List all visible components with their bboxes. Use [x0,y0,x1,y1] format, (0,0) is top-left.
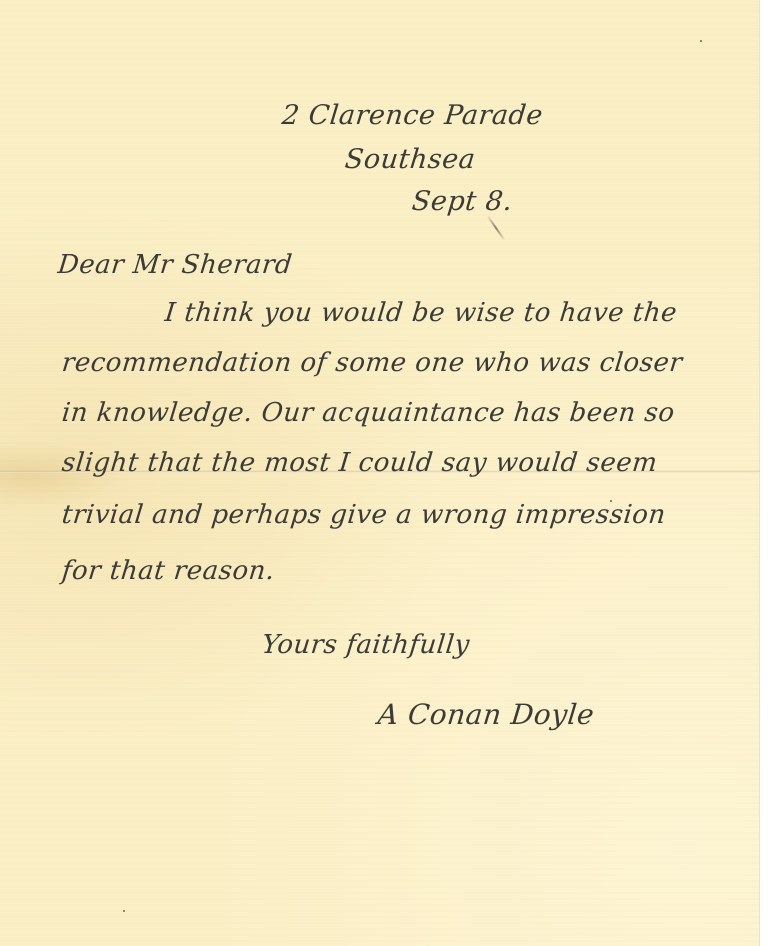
paper-speck [123,910,125,912]
body-line: slight that the most I could say would s… [60,448,659,478]
body-line: trivial and perhaps give a wrong impress… [60,500,667,530]
sender-address-town: Southsea [343,144,477,175]
body-line: I think you would be wise to have the [163,298,678,328]
ink-mark [487,216,505,240]
letter-date: Sept 8. [410,186,514,217]
sender-address-street: 2 Clarence Parade [280,100,544,131]
signature: A Conan Doyle [376,698,596,731]
letter-page: 2 Clarence Parade Southsea Sept 8. Dear … [0,0,760,946]
closing: Yours faithfully [260,630,471,660]
body-line: in knowledge. Our acquaintance has been … [60,398,676,428]
body-line: recommendation of some one who was close… [60,348,684,378]
body-line: for that reason. [60,556,276,586]
paper-speck [700,40,702,42]
salutation: Dear Mr Sherard [56,250,293,280]
